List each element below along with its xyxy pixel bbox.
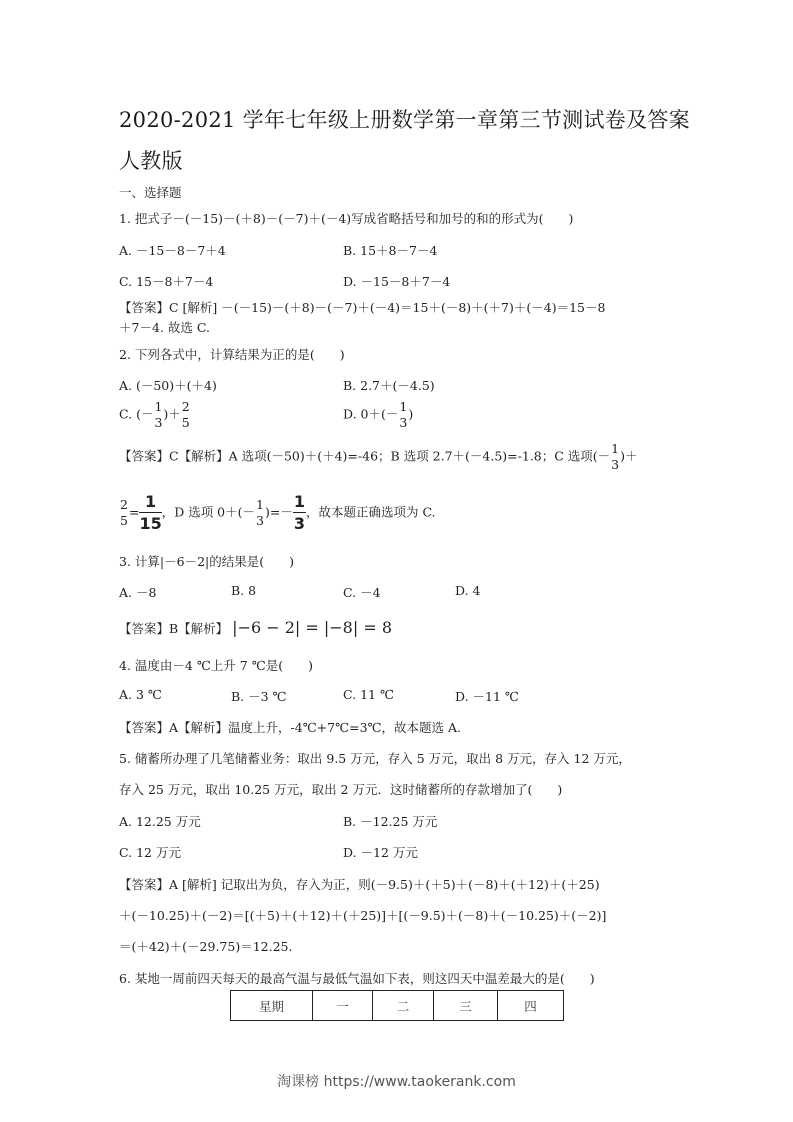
answer-explanation: 【答案】B【解析】 |−6 − 2| = |−8| = 8 <box>119 618 392 637</box>
option-d: D. 0＋(－13) <box>343 401 413 429</box>
option-c: C. 11 ℃ <box>343 687 394 702</box>
table-cell: 一 <box>313 991 373 1021</box>
option-a: A. －8 <box>119 583 156 601</box>
question-stem: 1. 把式子－(－15)－(＋8)－(－7)＋(－4)写成省略括号和加号的和的形… <box>119 209 573 227</box>
answer-explanation: 【答案】C【解析】A 选项(－50)＋(＋4)=-46；B 选项 2.7＋(－4… <box>119 443 638 471</box>
option-b: B. 15＋8－7－4 <box>343 241 437 259</box>
option-d: D. －11 ℃ <box>455 687 519 705</box>
option-d: D. 4 <box>455 583 480 598</box>
option-d: D. －15－8＋7－4 <box>343 272 450 290</box>
option-b: B. －3 ℃ <box>231 687 287 705</box>
fraction-result: 13 <box>293 494 306 532</box>
option-c: C. －4 <box>343 583 381 601</box>
answer-explanation: 【答案】A【解析】温度上升，-4℃+7℃=3℃，故本题选 A. <box>119 718 461 736</box>
option-a: A. 12.25 万元 <box>119 812 201 830</box>
option-c: C. (－13)＋25 <box>119 401 191 429</box>
table-cell: 二 <box>373 991 434 1021</box>
question-stem: 4. 温度由－4 ℃上升 7 ℃是( ) <box>119 656 313 674</box>
question-stem: 6. 某地一周前四天每天的最高气温与最低气温如下表，则这四天中温差最大的是( ) <box>119 969 595 987</box>
temperature-table: 星期 一 二 三 四 <box>230 990 564 1021</box>
section-heading: 一、选择题 <box>119 183 182 201</box>
option-d: D. －12 万元 <box>343 843 418 861</box>
question-stem: 5. 储蓄所办理了几笔储蓄业务：取出 9.5 万元，存入 5 万元，取出 8 万… <box>119 749 631 767</box>
fraction: 25 <box>119 499 129 527</box>
table-cell: 星期 <box>231 991 313 1021</box>
fraction-result: 115 <box>139 494 161 532</box>
table-cell: 四 <box>498 991 564 1021</box>
table-row: 星期 一 二 三 四 <box>231 991 564 1021</box>
document-title-line1: 2020-2021 学年七年级上册数学第一章第三节测试卷及答案 <box>119 104 690 134</box>
option-b: B. －12.25 万元 <box>343 812 437 830</box>
answer-explanation: 【答案】A [解析] 记取出为负，存入为正，则(－9.5)＋(＋5)＋(－8)＋… <box>119 875 600 893</box>
option-a: A. 3 ℃ <box>119 687 162 702</box>
option-b: B. 2.7＋(－4.5) <box>343 376 435 394</box>
fraction: 25 <box>181 401 191 429</box>
option-c: C. 12 万元 <box>119 843 181 861</box>
option-a: A. (－50)＋(＋4) <box>119 376 217 394</box>
document-title-line2: 人教版 <box>119 145 183 175</box>
fraction: 13 <box>398 401 408 429</box>
question-stem: 2. 下列各式中，计算结果为正的是( ) <box>119 345 345 363</box>
footer-watermark: 淘课榜 https://www.taokerank.com <box>0 1071 793 1091</box>
fraction: 13 <box>255 499 265 527</box>
question-stem: 3. 计算|－6－2|的结果是( ) <box>119 552 294 570</box>
table-cell: 三 <box>434 991 498 1021</box>
option-b: B. 8 <box>231 583 256 598</box>
answer-explanation-cont: ＋(－10.25)＋(－2)＝[(＋5)＋(＋12)＋(＋25)]＋[(－9.5… <box>119 906 606 924</box>
answer-explanation: 【答案】C [解析] －(－15)－(＋8)－(－7)＋(－4)＝15＋(－8)… <box>119 298 605 316</box>
option-c: C. 15－8＋7－4 <box>119 272 213 290</box>
answer-explanation-cont: 25=115，D 选项 0＋(－13)=－13，故本题正确选项为 C. <box>119 494 436 532</box>
question-stem-cont: 存入 25 万元，取出 10.25 万元，取出 2 万元．这时储蓄所的存款增加了… <box>119 780 562 798</box>
option-a: A. －15－8－7＋4 <box>119 241 226 259</box>
math-expression: |−6 − 2| = |−8| = 8 <box>232 618 392 637</box>
fraction: 13 <box>610 443 620 471</box>
answer-explanation-cont: ＝(＋42)＋(－29.75)＝12.25. <box>119 937 292 955</box>
answer-explanation-cont: ＋7－4. 故选 C. <box>119 318 210 336</box>
fraction: 13 <box>153 401 163 429</box>
